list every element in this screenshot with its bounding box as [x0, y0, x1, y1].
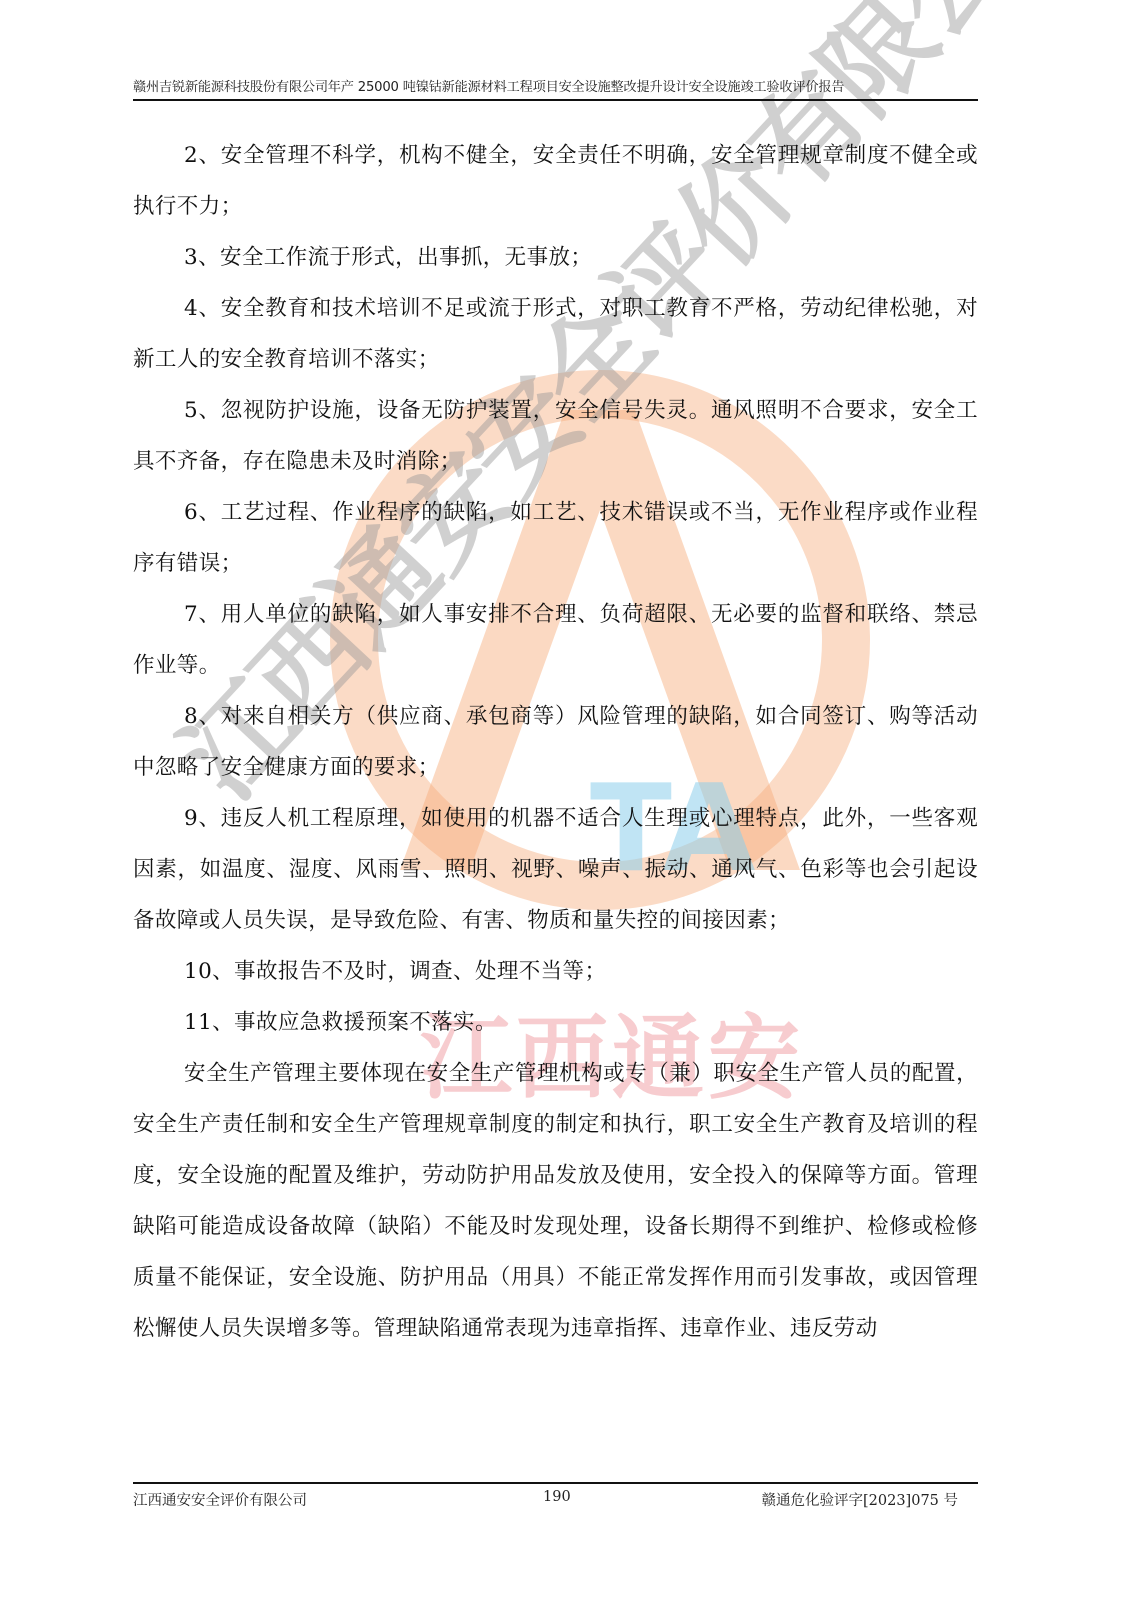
header-title: 赣州吉锐新能源科技股份有限公司年产 25000 吨镍钴新能源材料工程项目安全设施…: [133, 76, 978, 95]
footer-divider: [133, 1482, 978, 1484]
document-body: 2、安全管理不科学，机构不健全，安全责任不明确，安全管理规章制度不健全或执行不力…: [133, 130, 978, 1354]
header-divider: [133, 99, 978, 101]
footer-company: 江西通安安全评价有限公司: [133, 1489, 307, 1510]
paragraph-summary: 安全生产管理主要体现在安全生产管理机构或专（兼）职安全生产管人员的配置，安全生产…: [133, 1048, 978, 1354]
page-header: 赣州吉锐新能源科技股份有限公司年产 25000 吨镍钴新能源材料工程项目安全设施…: [133, 76, 978, 95]
paragraph-item-3: 3、安全工作流于形式，出事抓，无事放；: [133, 232, 978, 283]
page-number: 190: [543, 1489, 571, 1505]
paragraph-item-8: 8、对来自相关方（供应商、承包商等）风险管理的缺陷，如合同签订、购等活动中忽略了…: [133, 691, 978, 793]
paragraph-item-4: 4、安全教育和技术培训不足或流于形式，对职工教育不严格，劳动纪律松驰，对新工人的…: [133, 283, 978, 385]
paragraph-item-11: 11、事故应急救援预案不落实。: [133, 997, 978, 1048]
document-page: TA 江西通安 江西通安安全评价有限公司 赣州吉锐新能源科技股份有限公司年产 2…: [0, 0, 1131, 1600]
paragraph-item-5: 5、忽视防护设施，设备无防护装置，安全信号失灵。通风照明不合要求，安全工具不齐备…: [133, 385, 978, 487]
paragraph-item-9: 9、违反人机工程原理，如使用的机器不适合人生理或心理特点，此外，一些客观因素，如…: [133, 793, 978, 946]
paragraph-item-7: 7、用人单位的缺陷，如人事安排不合理、负荷超限、无必要的监督和联络、禁忌作业等。: [133, 589, 978, 691]
content-layer: 赣州吉锐新能源科技股份有限公司年产 25000 吨镍钴新能源材料工程项目安全设施…: [0, 0, 1131, 1600]
footer-doc-number: 赣通危化验评字[2023]075 号: [762, 1489, 959, 1510]
paragraph-item-2: 2、安全管理不科学，机构不健全，安全责任不明确，安全管理规章制度不健全或执行不力…: [133, 130, 978, 232]
paragraph-item-6: 6、工艺过程、作业程序的缺陷，如工艺、技术错误或不当，无作业程序或作业程序有错误…: [133, 487, 978, 589]
paragraph-item-10: 10、事故报告不及时，调查、处理不当等；: [133, 946, 978, 997]
page-footer: 江西通安安全评价有限公司 190 赣通危化验评字[2023]075 号: [133, 1489, 978, 1509]
